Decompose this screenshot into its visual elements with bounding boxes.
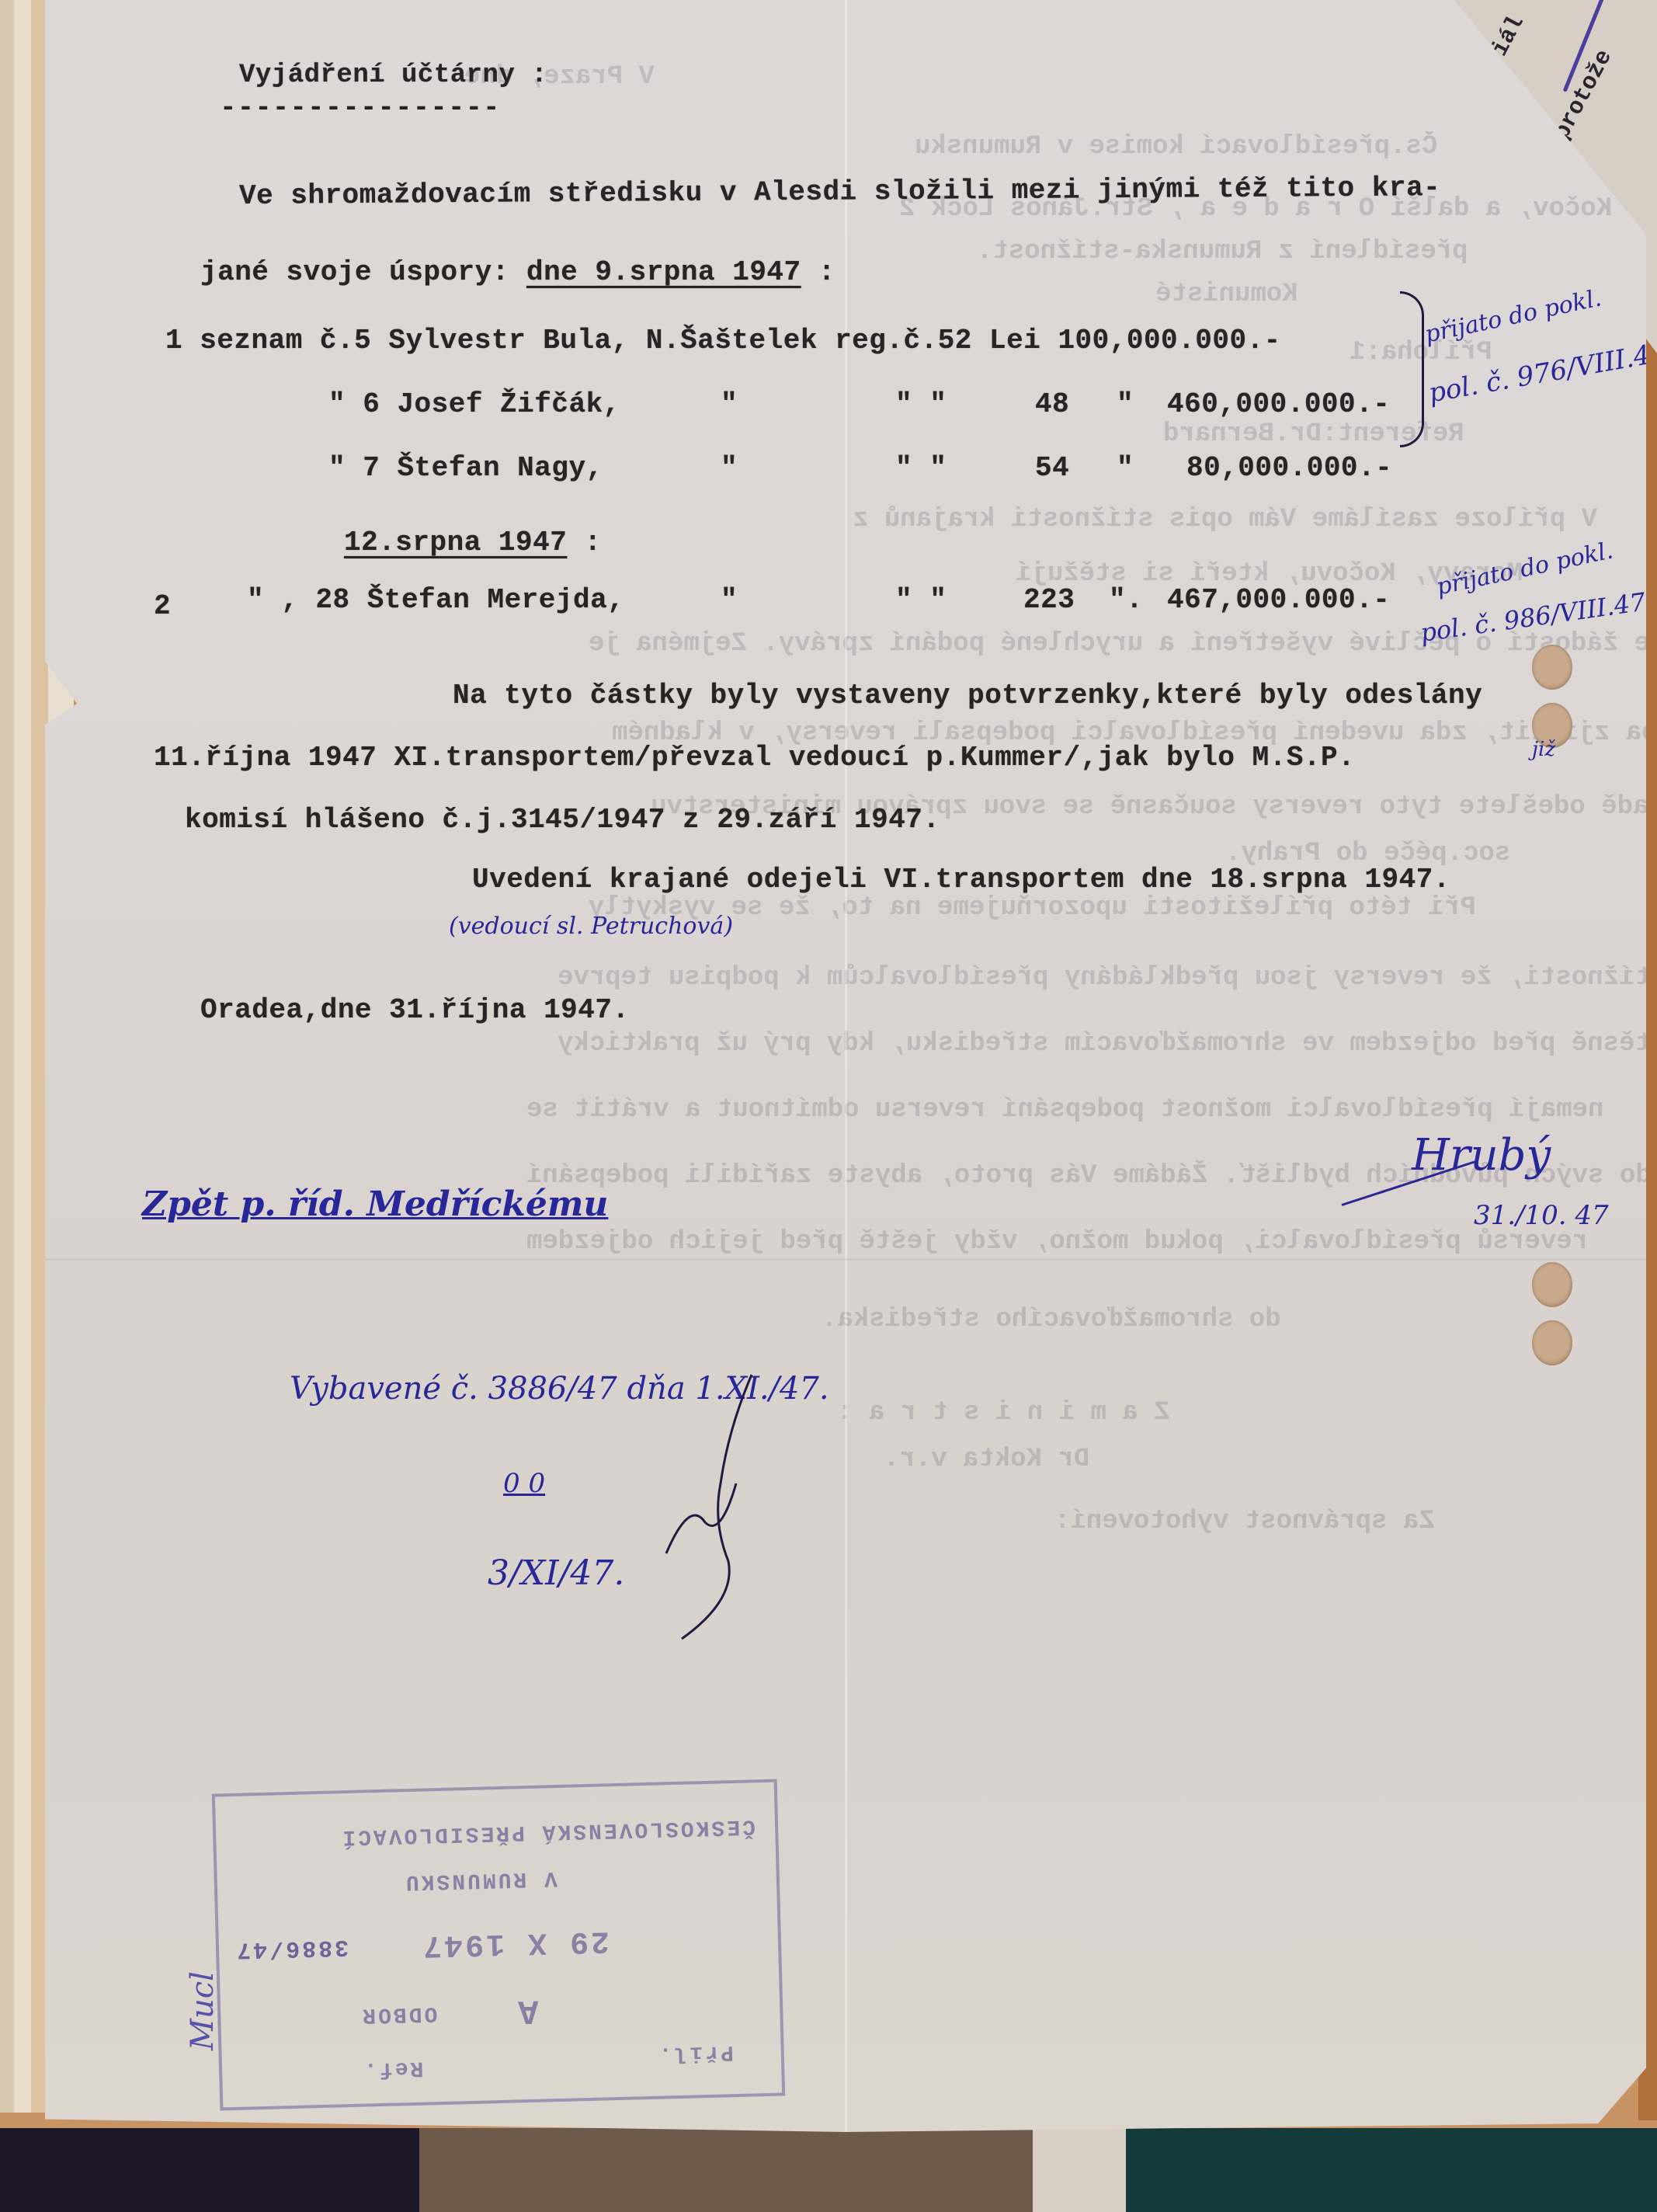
stamp-label: ODBOR	[360, 2001, 438, 2027]
initials-scribble	[635, 1367, 790, 1647]
group1-date: dne 9.srpna 1947	[526, 256, 801, 288]
heading-rule: ----------------	[220, 92, 501, 123]
neighbor-word: zpět	[1654, 137, 1657, 199]
ditto: "	[721, 388, 738, 420]
intro-line-2: jané svoje úspory: dne 9.srpna 1947 :	[200, 256, 835, 288]
handwritten-note: (vedoucí sl. Petruchová)	[449, 913, 733, 940]
bleed-line: Komunisté	[1155, 280, 1298, 309]
entry-list-num: 7	[363, 452, 380, 484]
entry-reg: 52	[938, 325, 972, 356]
entry-row: 2	[154, 590, 171, 622]
stamp-line: V RUMUNSKU	[403, 1866, 558, 1894]
registry-stamp: ČESKOSLOVENSKÁ PŘESIDLOVACÍ V RUMUNSKU 2…	[212, 1779, 785, 2111]
entry-row: " 7 Štefan Nagy,	[328, 452, 603, 484]
entry-currency: Lei	[989, 325, 1040, 356]
ditto: "	[1117, 452, 1134, 484]
bleed-line: těsně před odjezdem ve shromažďovacím st…	[558, 1029, 1651, 1059]
entry-row: " , 28 Štefan Merejda,	[247, 584, 624, 616]
group2-date: 12.srpna 1947	[344, 527, 567, 558]
entry-name: Sylvestr Bula, N.Šaštelek	[388, 325, 818, 356]
ditto: "	[721, 452, 738, 484]
entry-row: " 6 Josef Žifčák,	[328, 388, 620, 420]
stamp-ref: 3886/47	[234, 1933, 349, 1963]
ditto: "	[721, 584, 738, 616]
paper-fold	[845, 0, 847, 2132]
bleed-line: Čs.přesídlovací komise v Rumunsku	[915, 132, 1437, 162]
entry-reg: 48	[1035, 388, 1069, 420]
entry-amount: 460,000.000.-	[1167, 388, 1390, 420]
bleed-line: přesídlení z Rumunska-stížnost.	[977, 237, 1468, 266]
entry-row: 1 seznam č.5 Sylvestr Bula, N.Šaštelek r…	[165, 325, 1281, 356]
ditto: "	[328, 388, 346, 420]
ditto: "	[1117, 388, 1134, 420]
entry-name: Štefan Nagy,	[397, 452, 603, 484]
entry-reg: 223	[1023, 584, 1075, 616]
paragraph-1-line-2: 11.října 1947 XI.transportem/převzal ved…	[154, 742, 1355, 774]
paper-fold	[45, 1258, 1646, 1261]
bleed-line: nemají přesídlovalci možnost podepsání r…	[526, 1095, 1603, 1125]
colon: :	[567, 527, 601, 558]
punch-hole	[1532, 1262, 1572, 1307]
paragraph-1-line-1: Na tyto částky byly vystaveny potvrzenky…	[453, 680, 1482, 711]
entry-amount: 467,000.000.-	[1167, 584, 1390, 616]
entry-reg: 54	[1035, 452, 1069, 484]
intro-colon: :	[801, 256, 835, 288]
stamp-mark: A	[516, 1991, 540, 2030]
punch-hole	[1532, 1320, 1572, 1365]
handwritten-note: přijato do pokl.	[1423, 284, 1604, 348]
stamp-label: Přil.	[656, 2040, 734, 2066]
ditto: " , 28	[247, 584, 350, 616]
paragraph-1-line-3: komisí hlášeno č.j.3145/1947 z 29.září 1…	[185, 804, 940, 836]
bleed-line: reversů přesídlovalci, pokud možno, vždy…	[526, 1227, 1588, 1257]
place-date: Oradea,dne 31.října 1947.	[200, 994, 630, 1026]
handwritten-date: 3/XI/47.	[488, 1553, 624, 1593]
bleed-line: V příloze zasíláme Vám opis stížnosti kr…	[853, 505, 1597, 534]
handwritten-initials: 0 0	[503, 1468, 545, 1499]
stamp-label: Ref.	[362, 2056, 424, 2082]
document-page: Čs.přesídlovací komise v Rumunsku nad Št…	[45, 0, 1646, 2132]
ditto: ".	[1109, 584, 1143, 616]
entry-amount: 80,000.000.-	[1186, 452, 1392, 484]
intro-text: jané svoje úspory:	[200, 256, 526, 288]
handwritten-note: přijato do pokl.	[1434, 537, 1616, 600]
ditto: " "	[895, 452, 947, 484]
bleed-line: Z a m i n i s t r a :	[837, 1398, 1169, 1428]
stamp-line: ČESKOSLOVENSKÁ PŘESIDLOVACÍ	[340, 1814, 756, 1849]
punch-hole	[1532, 645, 1572, 690]
entry-list: 1 seznam č.5	[165, 325, 371, 356]
bleed-line: do shromažďovacího střediska.	[822, 1305, 1281, 1334]
entry-reg-label: reg.č.	[835, 325, 938, 356]
background-desk-bottom	[0, 2128, 1657, 2212]
brace-bracket	[1400, 291, 1424, 447]
entry-name: Štefan Merejda,	[367, 584, 625, 616]
ditto: " "	[895, 584, 947, 616]
bleed-line: stížnosti, že reversy jsou předkládány p…	[558, 963, 1657, 993]
group2-date-line: 12.srpna 1947 :	[344, 527, 602, 558]
handwritten-return-note: Zpět p. říd. Medříckému	[142, 1184, 608, 1224]
handwritten-stamp-ref: Mucl	[185, 1971, 221, 2050]
signature-date: 31./10. 47	[1474, 1200, 1609, 1231]
entry-amount: 100,000.000.-	[1058, 325, 1280, 356]
entry-list-num: 6	[363, 388, 380, 420]
stamp-date: 29 X 1947	[420, 1922, 610, 1962]
ditto: " "	[895, 388, 947, 420]
paragraph-2: Uvedení krajané odejeli VI.transportem d…	[472, 864, 1450, 896]
signature: Hrubý	[1412, 1130, 1551, 1181]
entry-name: Josef Žifčák,	[397, 388, 620, 420]
bleed-line: Za správnost vyhotovení:	[1054, 1507, 1435, 1536]
handwritten-insert: již	[1532, 738, 1555, 761]
document-heading: Vyjádření účtárny :	[239, 61, 547, 90]
ditto: "	[328, 452, 346, 484]
entry-list: 2	[154, 590, 171, 622]
bleed-line: Dr Kokta v.r.	[884, 1445, 1089, 1474]
